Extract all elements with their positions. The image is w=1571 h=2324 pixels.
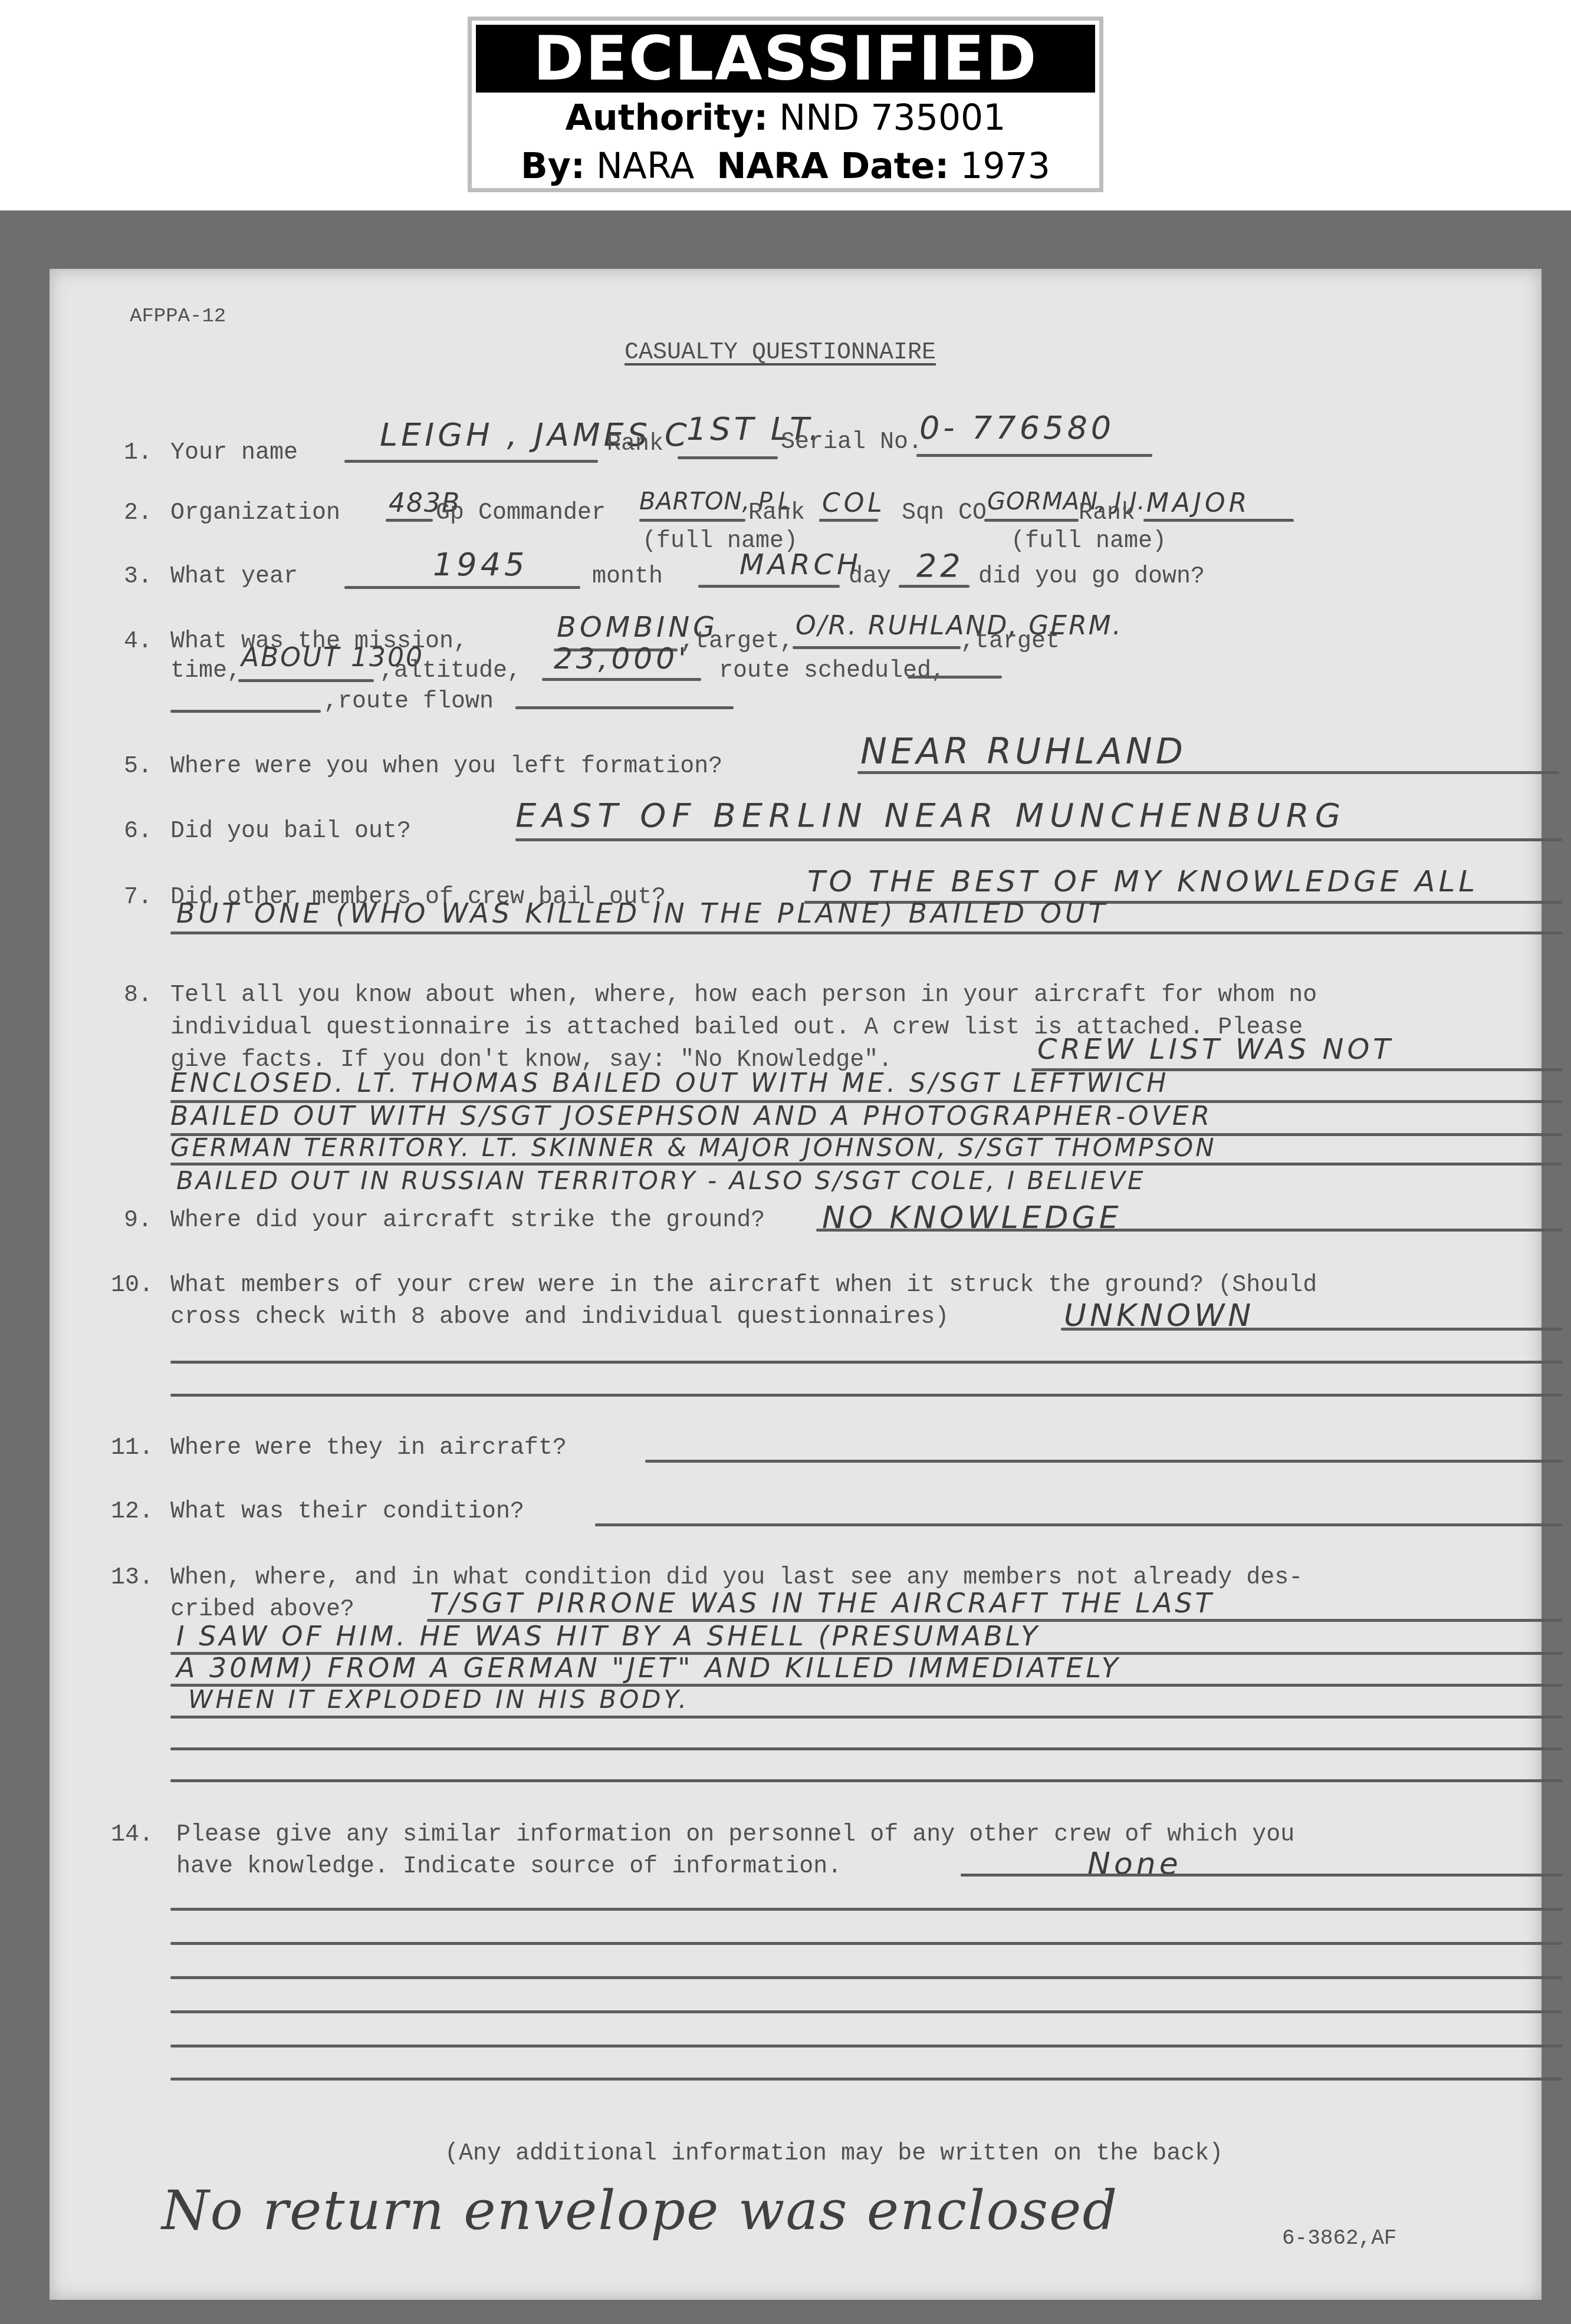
q6-label: Did you bail out? <box>170 818 411 845</box>
q3-year-field[interactable] <box>344 586 580 589</box>
q2-gp-commander-label: Gp Commander <box>436 500 606 526</box>
q2-sqn-rank-value: Major <box>1146 488 1250 518</box>
stamp-authority-label: Authority: <box>566 97 768 139</box>
q7-number: 7. <box>124 884 152 911</box>
q3-day-field[interactable] <box>899 585 969 588</box>
q4-target-label: ,target, <box>681 628 794 655</box>
form-number: 6-3862,AF <box>1282 2226 1396 2250</box>
q8-answer-line-5: bailed out in Russian territory - also S… <box>176 1166 1145 1195</box>
q6-answer-field[interactable] <box>515 838 1562 841</box>
q4-altitude-label: ,altitude, <box>380 658 521 684</box>
q4-target-value: O/R. Ruhland, Germ. <box>796 611 1123 641</box>
q2-sqn-rank-label: Rank <box>1079 500 1135 526</box>
q3-year-value: 1945 <box>433 546 528 583</box>
q7-answer-line-2: but one (who was killed in the plane) ba… <box>176 897 1109 929</box>
scanned-document-background: AFPPA-12 CASUALTY QUESTIONNAIRE 1. Your … <box>0 210 1571 2324</box>
q6-number: 6. <box>124 818 152 845</box>
q1-name-label: Your name <box>170 440 298 466</box>
q2-number: 2. <box>124 500 152 526</box>
q2-sqn-co-label: Sqn CO <box>902 500 987 526</box>
q14-answer-field-5[interactable] <box>170 2010 1562 2013</box>
q13-label-line-2: cribed above? <box>170 1596 354 1623</box>
q3-month-field[interactable] <box>698 585 840 588</box>
q10-label-line-2: cross check with 8 above and individual … <box>170 1304 949 1331</box>
q3-month-label: month <box>592 564 663 590</box>
q4-route-flown-field[interactable] <box>515 706 734 709</box>
q2-sqn-rank-field[interactable] <box>1143 519 1294 522</box>
q1-serial-field[interactable] <box>916 454 1152 457</box>
q2-gp-rank-value: Col <box>822 488 886 518</box>
q3-end-label: did you go down? <box>978 564 1205 590</box>
q13-number: 13. <box>111 1565 153 1591</box>
q8-answer-line-2: enclosed. Lt. Thomas bailed out with me.… <box>170 1068 1169 1098</box>
q5-answer-field[interactable] <box>857 771 1559 774</box>
q8-label-line-1: Tell all you know about when, where, how… <box>170 982 1317 1009</box>
questionnaire-page: AFPPA-12 CASUALTY QUESTIONNAIRE 1. Your … <box>50 269 1542 2300</box>
q11-answer-field[interactable] <box>645 1460 1562 1463</box>
q4-route-flown-label: ,route flown <box>324 689 494 715</box>
q8-answer-line-4: German territory. Lt. Skinner & Major Jo… <box>170 1133 1217 1162</box>
q13-answer-field-4[interactable] <box>170 1716 1562 1719</box>
q13-answer-line-1: T/Sgt Pirrone was in the aircraft the la… <box>430 1587 1215 1619</box>
q3-number: 3. <box>124 564 152 590</box>
q8-number: 8. <box>124 982 152 1009</box>
q9-label: Where did your aircraft strike the groun… <box>170 1207 765 1234</box>
q14-answer-field-2[interactable] <box>170 1908 1562 1911</box>
q4-target-time-label: ,target <box>961 628 1060 655</box>
q2-sqn-co-field[interactable] <box>984 519 1079 522</box>
footer-note: (Any additional information may be writt… <box>445 2141 1223 2167</box>
q13-answer-line-4: when it exploded in his body. <box>188 1685 689 1714</box>
q3-year-label: What year <box>170 564 298 590</box>
declassified-stamp: DECLASSIFIED Authority: NND 735001 By: N… <box>468 17 1103 192</box>
q9-answer-field[interactable] <box>816 1229 1562 1232</box>
q11-label: Where were they in aircraft? <box>170 1435 567 1461</box>
q4-route-scheduled-field[interactable] <box>908 676 1002 679</box>
q10-label-line-1: What members of your crew were in the ai… <box>170 1272 1317 1299</box>
q8-answer-line-1: Crew list was not <box>1037 1033 1394 1066</box>
q5-number: 5. <box>124 753 152 780</box>
q1-number: 1. <box>124 440 152 466</box>
q13-answer-field-6[interactable] <box>170 1779 1562 1782</box>
q7-answer-field-2[interactable] <box>170 931 1562 934</box>
q12-number: 12. <box>111 1499 153 1525</box>
stamp-date-value: 1973 <box>960 146 1050 187</box>
stamp-by-date: By: NARA NARA Date: 1973 <box>472 146 1099 187</box>
stamp-authority-value: NND 735001 <box>779 97 1005 139</box>
q14-answer: None <box>1087 1846 1182 1882</box>
q5-label: Where were you when you left formation? <box>170 753 722 780</box>
q2-gp-rank-field[interactable] <box>819 519 878 522</box>
q1-rank-label: Rank <box>607 431 663 457</box>
q4-time-field[interactable] <box>238 679 374 682</box>
q4-route-scheduled-field-2[interactable] <box>170 710 321 713</box>
q8-answer-line-3: bailed out with S/Sgt Josephson and a ph… <box>170 1101 1212 1131</box>
q4-time-label: time, <box>170 658 241 684</box>
stamp-authority: Authority: NND 735001 <box>472 97 1099 139</box>
q5-answer: Near Ruhland <box>860 731 1187 772</box>
q7-answer-line-1: To the best of my knowledge all <box>807 864 1478 898</box>
q13-answer-line-2: I saw of him. He was hit by a shell (pre… <box>176 1620 1040 1652</box>
q1-serial-label: Serial No. <box>781 429 922 456</box>
q3-day-value: 22 <box>916 547 964 584</box>
q14-answer-field-7[interactable] <box>170 2078 1562 2081</box>
q10-answer-field-2[interactable] <box>170 1361 1562 1364</box>
q14-answer-field-3[interactable] <box>170 1942 1562 1945</box>
q12-label: What was their condition? <box>170 1499 524 1525</box>
q8-answer-field-4[interactable] <box>170 1163 1562 1166</box>
q14-label-line-2: have knowledge. Indicate source of infor… <box>176 1854 842 1880</box>
q4-altitude-value: 23,000' <box>554 641 690 676</box>
q14-answer-field-1[interactable] <box>961 1874 1562 1877</box>
q3-day-label: day <box>849 564 891 590</box>
q14-number: 14. <box>111 1822 153 1848</box>
q2-gp-rank-label: Rank <box>748 500 805 526</box>
stamp-by-label: By: <box>521 146 585 187</box>
q4-route-scheduled-label: route scheduled, <box>719 658 945 684</box>
form-title: CASUALTY QUESTIONNAIRE <box>625 340 936 366</box>
q9-number: 9. <box>124 1207 152 1234</box>
q1-rank-field[interactable] <box>678 456 778 459</box>
q2-gp-commander-field[interactable] <box>639 519 745 522</box>
q10-number: 10. <box>111 1272 153 1299</box>
stamp-date-label: NARA Date: <box>717 146 949 187</box>
q14-label-line-1: Please give any similar information on p… <box>176 1822 1294 1848</box>
q4-target-field[interactable] <box>793 646 961 649</box>
q1-name-field[interactable] <box>344 460 598 463</box>
q4-altitude-field[interactable] <box>542 678 701 681</box>
q13-answer-line-3: a 30mm) from a German "Jet" and killed i… <box>176 1652 1121 1684</box>
handwritten-note: No return envelope was enclosed <box>162 2179 1118 2242</box>
q10-answer-field-3[interactable] <box>170 1394 1562 1397</box>
q14-answer-field-6[interactable] <box>170 2045 1562 2048</box>
q10-answer-field-1[interactable] <box>1061 1328 1562 1331</box>
form-id: AFPPA-12 <box>130 305 226 328</box>
q3-month-value: March <box>740 548 862 581</box>
q1-serial-value: 0- 776580 <box>919 409 1115 446</box>
q2-full-name-hint-2: (full name) <box>1011 528 1166 555</box>
stamp-by-value: NARA <box>596 146 694 187</box>
q2-org-label: Organization <box>170 500 340 526</box>
q14-answer-field-4[interactable] <box>170 1976 1562 1979</box>
q2-org-field[interactable] <box>386 519 433 522</box>
stamp-banner: DECLASSIFIED <box>476 25 1095 93</box>
q6-answer: East of Berlin near Munchenburg <box>515 796 1346 835</box>
q12-answer-field[interactable] <box>595 1523 1562 1526</box>
q11-number: 11. <box>111 1435 153 1461</box>
q4-number: 4. <box>124 628 152 655</box>
q13-answer-field-5[interactable] <box>170 1747 1562 1750</box>
